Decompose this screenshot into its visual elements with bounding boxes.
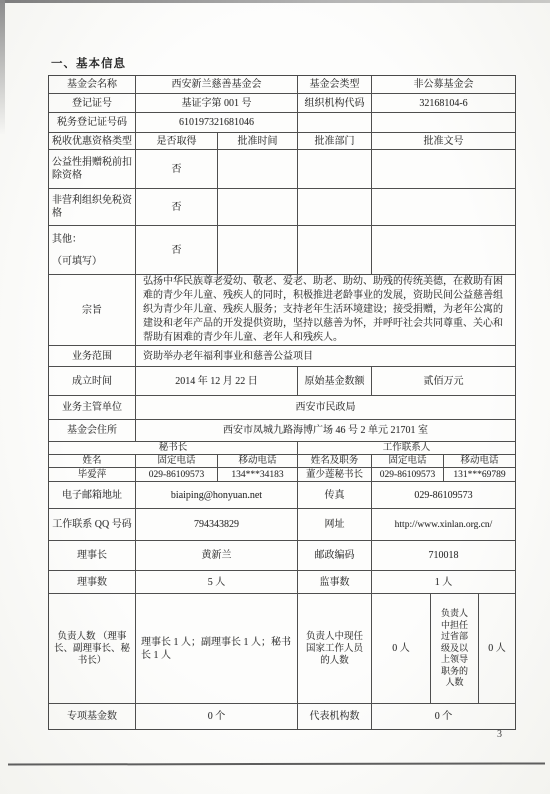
nonprofit-exempt-label: 非营利组织免税资格 (49, 189, 136, 225)
purpose-label: 宗旨 (49, 275, 136, 345)
reg-no-label: 登记证号 (49, 94, 136, 112)
tax-pref-label: 税收优惠资格类型 (49, 133, 136, 149)
nonprofit-exempt-empty-2 (298, 189, 372, 225)
tax-pref-col-obtained: 是否取得 (136, 133, 218, 149)
row-contact-values: 毕爱萍 029-86109573 134***34183 董少莲秘书长 029-… (49, 468, 515, 482)
tax-pref-col-approve-dept: 批准部门 (298, 133, 372, 149)
contact-col-name: 姓名 (49, 455, 136, 467)
tax-reg-empty-2 (372, 113, 515, 132)
other-label: 其他： （可填写） (49, 226, 136, 274)
foundation-name-label: 基金会名称 (49, 76, 136, 93)
tax-pref-col-approve-doc: 批准文号 (372, 133, 515, 149)
row-tax-pref-header: 税收优惠资格类型 是否取得 批准时间 批准部门 批准文号 (49, 133, 515, 150)
contact-col-landline-2: 固定电话 (372, 455, 444, 467)
qq-value: 794343829 (136, 509, 298, 540)
row-registration: 登记证号 基证字第 001 号 组织机构代码 32168104-6 (49, 94, 515, 113)
row-supervisor-unit: 业务主管单位 西安市民政局 (49, 396, 515, 420)
tax-pref-col-approve-time: 批准时间 (218, 133, 298, 149)
special-funds-label: 专项基金数 (49, 704, 136, 729)
reg-no-value: 基证字第 001 号 (136, 94, 298, 112)
secretary-mobile: 134***34183 (218, 468, 298, 481)
row-nonprofit-exemption: 非营利组织免税资格 否 (49, 189, 515, 226)
purpose-value: 弘扬中华民族尊老爱幼、敬老、爱老、助老、助幼、助残的传统美德，在救助有困难的青少… (136, 275, 515, 345)
row-contact-columns: 姓名 固定电话 移动电话 姓名及职务 固定电话 移动电话 (49, 455, 515, 468)
other-label-line2: （可填写） (52, 255, 102, 268)
leaders-state-staff-label: 负责人中现任国家工作人员的人数 (298, 594, 372, 703)
other-obtained: 否 (136, 226, 218, 274)
contact-col-name-title: 姓名及职务 (298, 455, 372, 467)
leaders-count-value: 理事长 1 人；副理事长 1 人；秘书长 1 人 (136, 594, 298, 703)
tax-reg-label: 税务登记证号码 (49, 113, 136, 132)
row-address: 基金会住所 西安市凤城九路海博广场 46 号 2 单元 21701 室 (49, 420, 515, 442)
work-contact-header: 工作联系人 (298, 442, 515, 454)
tax-reg-value: 610197321681046 (136, 113, 298, 132)
contact-col-landline-1: 固定电话 (136, 455, 218, 467)
postcode-label: 邮政编码 (298, 541, 372, 570)
org-code-value: 32168104-6 (372, 94, 515, 112)
initial-fund-value: 贰佰万元 (372, 367, 515, 395)
donation-deduct-empty-2 (298, 150, 372, 188)
secretary-landline: 029-86109573 (136, 468, 218, 481)
supervisors-count-label: 监事数 (298, 571, 372, 593)
row-contact-group-header: 秘书长 工作联系人 (49, 442, 515, 455)
scan-top-edge-artifact (0, 0, 550, 3)
row-chairman-postcode: 理事长 黄新兰 邮政编码 710018 (49, 541, 515, 571)
leaders-state-staff-value: 0 人 (372, 594, 431, 703)
scan-bottom-edge-line (8, 762, 545, 765)
contact-col-mobile-1: 移动电话 (218, 455, 298, 467)
directors-count-value: 5 人 (136, 571, 298, 593)
established-value: 2014 年 12 月 22 日 (136, 367, 298, 395)
other-empty-2 (298, 226, 372, 274)
website-label: 网址 (298, 509, 372, 540)
row-foundation-name: 基金会名称 西安新兰慈善基金会 基金会类型 非公募基金会 (49, 76, 515, 94)
donation-deduct-empty-1 (218, 150, 298, 188)
other-empty-3 (372, 226, 515, 274)
row-email-fax: 电子邮箱地址 biaiping@honyuan.net 传真 029-86109… (49, 482, 515, 509)
leaders-count-label: 负责人数 （理事长、副理事长、秘书长） (49, 594, 136, 703)
supervisor-unit-label: 业务主管单位 (49, 396, 136, 419)
donation-deduct-obtained: 否 (136, 150, 218, 188)
supervisors-count-value: 1 人 (372, 571, 515, 593)
scan-left-edge-artifact (0, 0, 5, 135)
tax-reg-empty-1 (298, 113, 372, 132)
row-special-funds: 专项基金数 0 个 代表机构数 0 个 (49, 704, 515, 729)
special-funds-value: 0 个 (136, 704, 298, 729)
contact-col-mobile-2: 移动电话 (444, 455, 515, 467)
row-business-scope: 业务范围 资助举办老年福利事业和慈善公益项目 (49, 346, 515, 367)
donation-deduct-label: 公益性捐赠税前扣除资格 (49, 150, 136, 188)
established-label: 成立时间 (49, 367, 136, 395)
secretary-name: 毕爱萍 (49, 468, 136, 481)
row-donation-deduction: 公益性捐赠税前扣除资格 否 (49, 150, 515, 189)
row-established: 成立时间 2014 年 12 月 22 日 原始基金数额 贰佰万元 (49, 367, 515, 396)
qq-label: 工作联系 QQ 号码 (49, 509, 136, 540)
donation-deduct-empty-3 (372, 150, 515, 188)
work-contact-mobile: 131***69789 (444, 468, 515, 481)
work-contact-landline: 029-86109573 (372, 468, 444, 481)
fax-value: 029-86109573 (372, 482, 515, 508)
chairman-label: 理事长 (49, 541, 136, 570)
chairman-value: 黄新兰 (136, 541, 298, 570)
work-contact-name-title: 董少莲秘书长 (298, 468, 372, 481)
foundation-type-value: 非公募基金会 (372, 76, 515, 93)
row-qq-website: 工作联系 QQ 号码 794343829 网址 http://www.xinla… (49, 509, 515, 541)
email-label: 电子邮箱地址 (49, 482, 136, 508)
initial-fund-label: 原始基金数额 (298, 367, 372, 395)
nonprofit-exempt-empty-1 (218, 189, 298, 225)
other-label-line1: 其他： (52, 233, 82, 246)
email-value: biaiping@honyuan.net (136, 482, 298, 508)
business-scope-value: 资助举办老年福利事业和慈善公益项目 (136, 346, 515, 366)
rep-org-label: 代表机构数 (298, 704, 372, 729)
nonprofit-exempt-obtained: 否 (136, 189, 218, 225)
nonprofit-exempt-empty-3 (372, 189, 515, 225)
org-code-label: 组织机构代码 (298, 94, 372, 112)
website-value: http://www.xinlan.org.cn/ (372, 509, 515, 540)
row-directors-supervisors: 理事数 5 人 监事数 1 人 (49, 571, 515, 594)
page-number: 3 (497, 729, 502, 740)
leaders-provincial-label: 负责人中担任过省部级及以上领导职务的人数 (431, 594, 479, 703)
row-tax-registration: 税务登记证号码 610197321681046 (49, 113, 515, 133)
secretary-general-header: 秘书长 (49, 442, 298, 454)
other-empty-1 (218, 226, 298, 274)
business-scope-label: 业务范围 (49, 346, 136, 366)
address-label: 基金会住所 (49, 420, 136, 441)
row-other-qualification: 其他： （可填写） 否 (49, 226, 515, 275)
foundation-type-label: 基金会类型 (298, 76, 372, 93)
leaders-provincial-value: 0 人 (479, 594, 515, 703)
row-purpose: 宗旨 弘扬中华民族尊老爱幼、敬老、爱老、助老、助幼、助残的传统美德，在救助有困难… (49, 275, 515, 346)
postcode-value: 710018 (372, 541, 515, 570)
directors-count-label: 理事数 (49, 571, 136, 593)
basic-info-table: 基金会名称 西安新兰慈善基金会 基金会类型 非公募基金会 登记证号 基证字第 0… (48, 75, 516, 730)
section-heading: 一、基本信息 (51, 55, 126, 71)
foundation-name-value: 西安新兰慈善基金会 (136, 76, 298, 93)
rep-org-value: 0 个 (372, 704, 515, 729)
supervisor-unit-value: 西安市民政局 (136, 396, 515, 419)
address-value: 西安市凤城九路海博广场 46 号 2 单元 21701 室 (136, 420, 515, 441)
fax-label: 传真 (298, 482, 372, 508)
row-leaders: 负责人数 （理事长、副理事长、秘书长） 理事长 1 人；副理事长 1 人；秘书长… (49, 594, 515, 704)
